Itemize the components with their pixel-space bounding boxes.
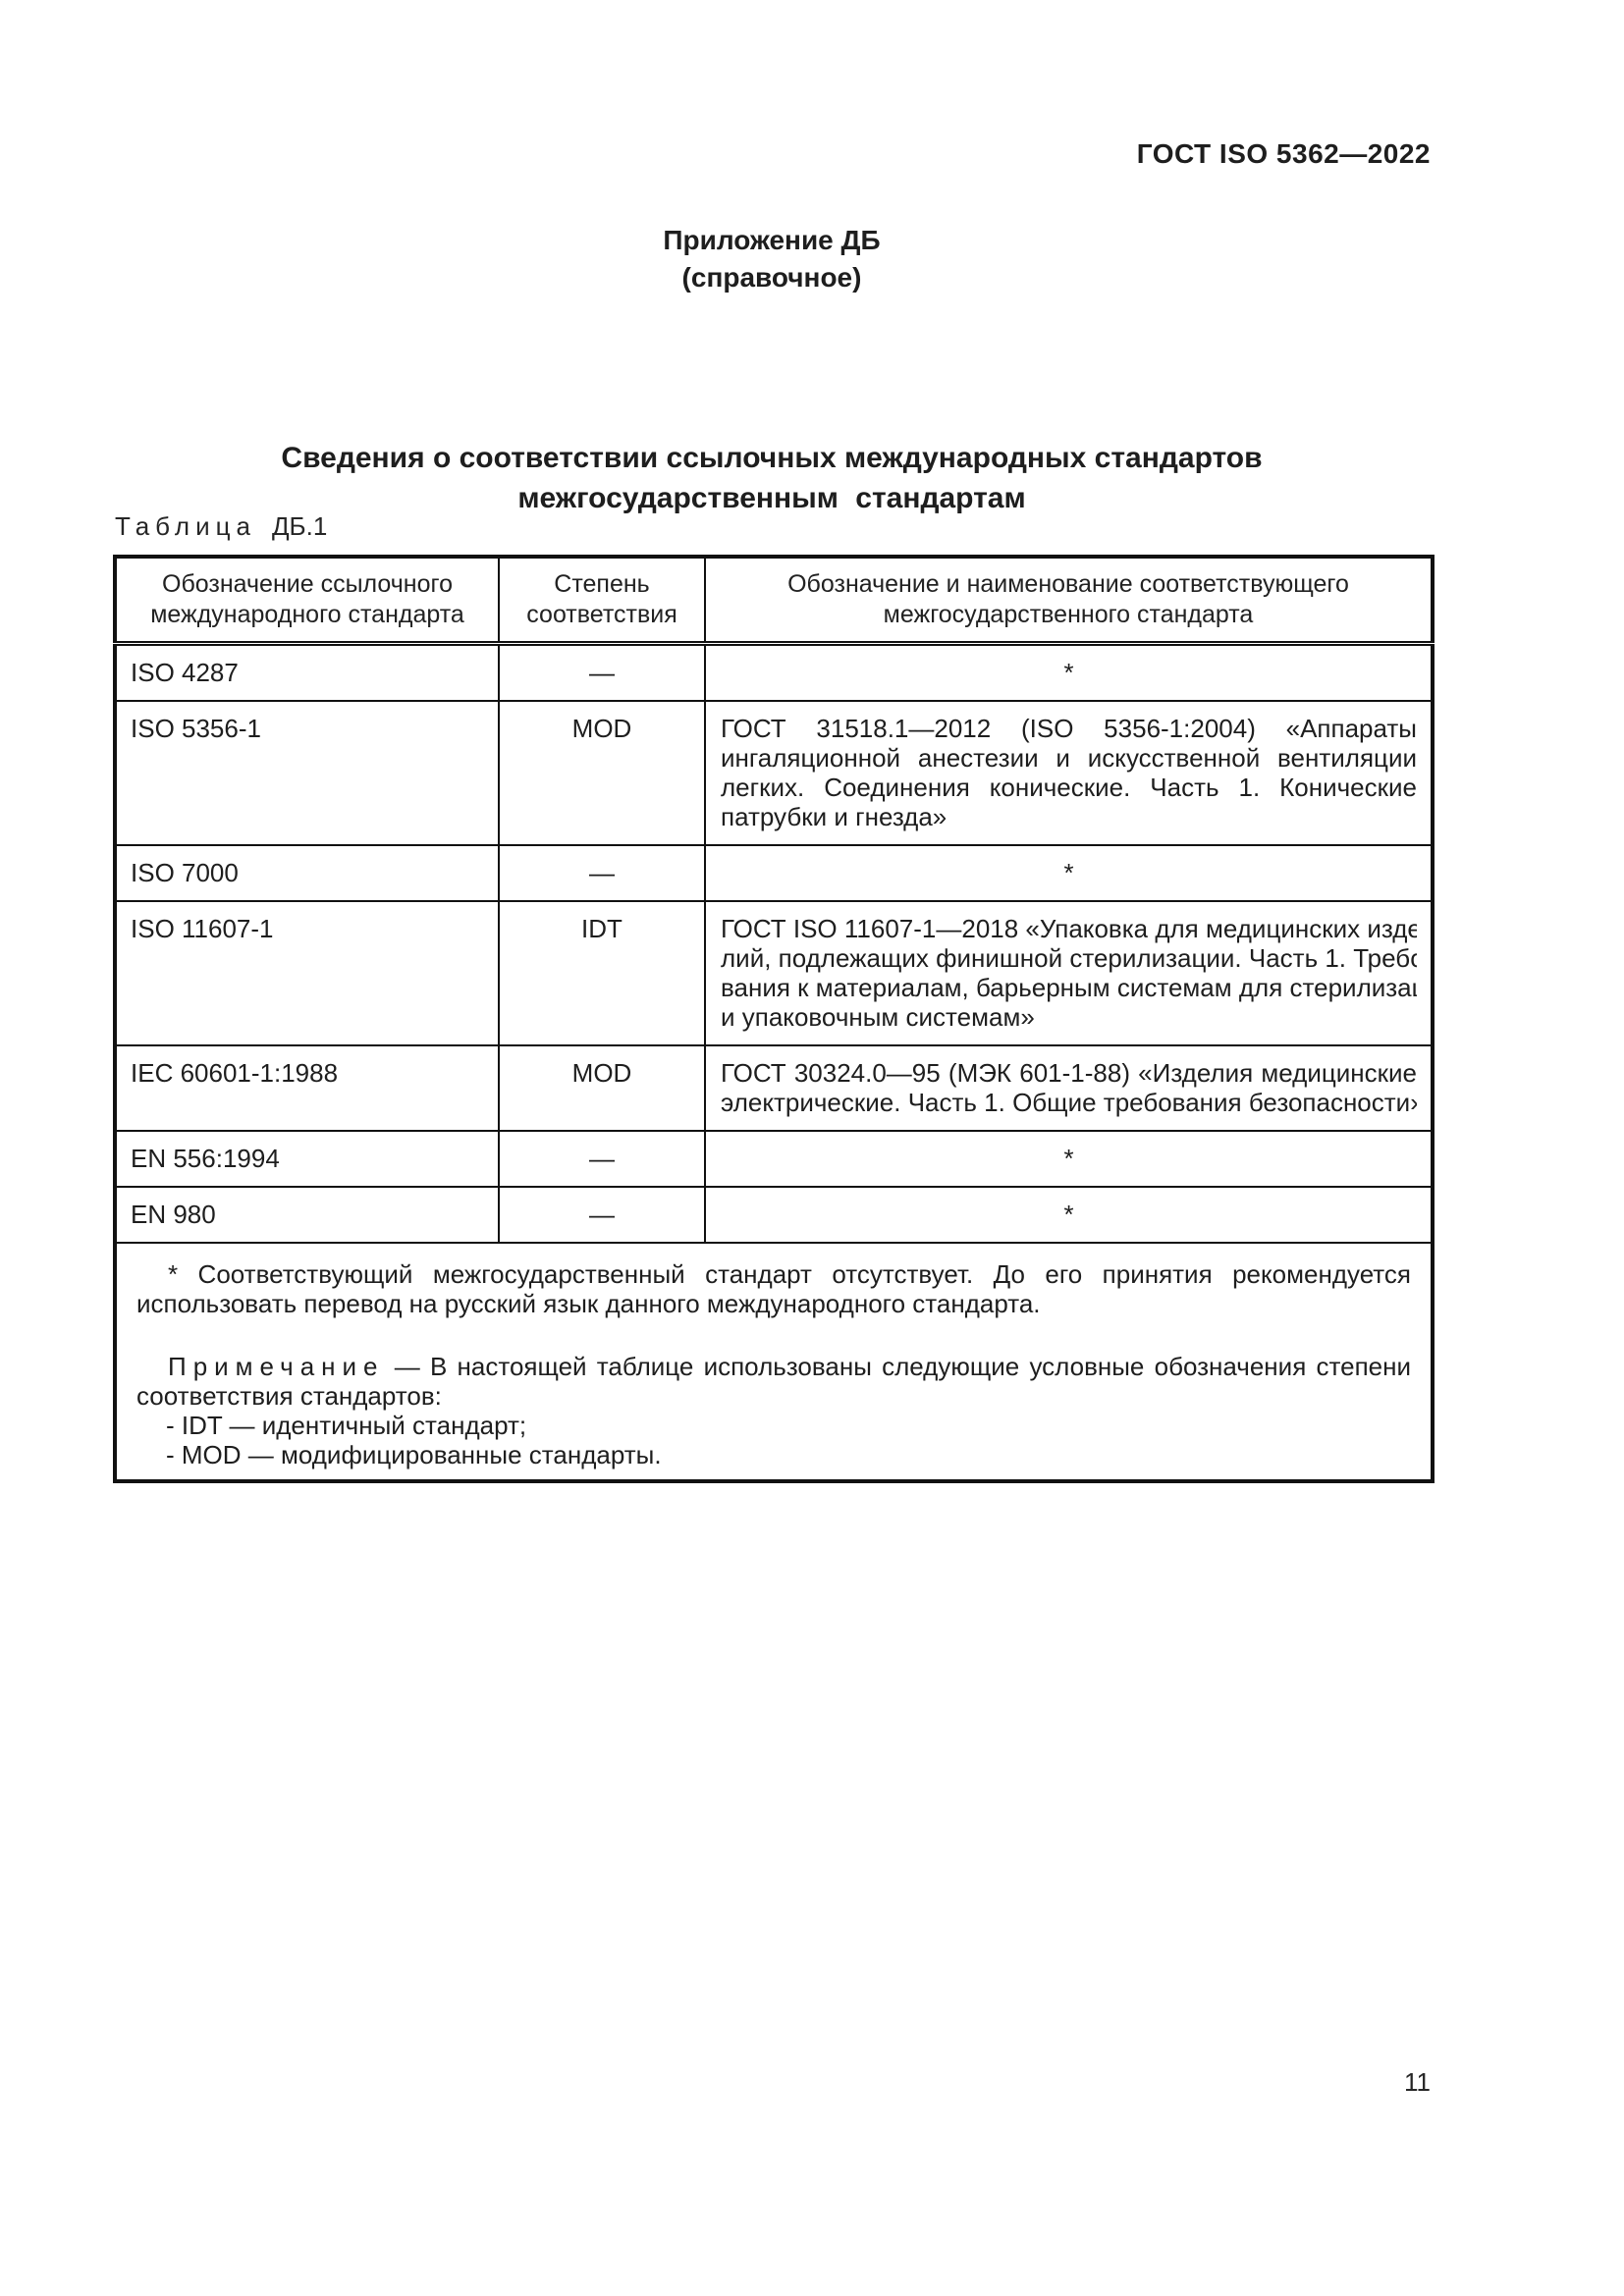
column-header-line: Обозначение и наименование соответствующ… xyxy=(714,569,1423,600)
page-number: 11 xyxy=(113,2067,1431,2098)
match-line: ГОСТ 30324.0—95 (МЭК 601-1-88) «Изделия … xyxy=(721,1058,1417,1088)
table-row: ISO 7000 — * xyxy=(115,845,1433,901)
match-cell: ГОСТ 31518.1—2012 (ISO 5356-1:2004) «Апп… xyxy=(705,701,1433,845)
match-line: лий, подлежащих финишной стерилизации. Ч… xyxy=(721,943,1417,973)
match-line: электрические. Часть 1. Общие требования… xyxy=(721,1088,1417,1117)
table-row: ISO 11607-1 IDT ГОСТ ISO 11607-1—2018 «У… xyxy=(115,901,1433,1045)
annex-label: Приложение ДБ xyxy=(113,222,1431,259)
degree-cell: — xyxy=(499,644,705,702)
note-text: — В настоящей таблице использованы следу… xyxy=(395,1352,1411,1381)
match-cell: * xyxy=(705,644,1433,702)
ref-standard-cell: ISO 5356-1 xyxy=(115,701,499,845)
table-caption-number: ДБ.1 xyxy=(272,511,327,541)
document-title: Сведения о соответствии ссылочных междун… xyxy=(113,438,1431,518)
match-cell: * xyxy=(705,845,1433,901)
annex-heading: Приложение ДБ (справочное) xyxy=(113,222,1431,296)
match-line: патрубки и гнезда» xyxy=(721,802,1417,831)
correspondence-table: Обозначение ссылочного международного ст… xyxy=(113,555,1435,1483)
ref-standard-cell: EN 980 xyxy=(115,1187,499,1243)
column-header-line: международного стандарта xyxy=(125,600,490,630)
table-row: EN 980 — * xyxy=(115,1187,1433,1243)
note-items: - IDT — идентичный стандарт; - MOD — мод… xyxy=(136,1411,1411,1469)
table-footnote-cell: * Соответствующий межгосударственный ста… xyxy=(115,1243,1433,1481)
column-header-line: Степень xyxy=(508,569,696,600)
match-line: и упаковочным системам» xyxy=(721,1002,1417,1032)
annex-kind: (справочное) xyxy=(113,259,1431,296)
degree-cell: MOD xyxy=(499,1045,705,1131)
table-row: ISO 4287 — * xyxy=(115,644,1433,702)
table-row: IEC 60601-1:1988 MOD ГОСТ 30324.0—95 (МЭ… xyxy=(115,1045,1433,1131)
table-row: EN 556:1994 — * xyxy=(115,1131,1433,1187)
note-item-idt: - IDT — идентичный стандарт; xyxy=(136,1411,1411,1440)
match-cell: * xyxy=(705,1187,1433,1243)
table-header-row: Обозначение ссылочного международного ст… xyxy=(115,557,1433,644)
column-header-interstate-standard: Обозначение и наименование соответствующ… xyxy=(705,557,1433,644)
degree-cell: IDT xyxy=(499,901,705,1045)
ref-standard-cell: EN 556:1994 xyxy=(115,1131,499,1187)
note-label: Примечание xyxy=(168,1352,385,1381)
note-block: Примечание — В настоящей таблице использ… xyxy=(136,1352,1411,1411)
column-header-line: межгосударственного стандарта xyxy=(714,600,1423,630)
star-note-line2: использовать перевод на русский язык дан… xyxy=(136,1289,1411,1318)
ref-standard-cell: ISO 11607-1 xyxy=(115,901,499,1045)
table-caption: ТаблицаДБ.1 xyxy=(115,511,327,542)
table-footnote-row: * Соответствующий межгосударственный ста… xyxy=(115,1243,1433,1481)
note-item-mod: - MOD — модифицированные стандарты. xyxy=(136,1440,1411,1469)
column-header-reference-standard: Обозначение ссылочного международного ст… xyxy=(115,557,499,644)
match-line: ингаляционной анестезии и искусственной … xyxy=(721,743,1417,773)
match-line: вания к материалам, барьерным системам д… xyxy=(721,973,1417,1002)
degree-cell: MOD xyxy=(499,701,705,845)
table-row: ISO 5356-1 MOD ГОСТ 31518.1—2012 (ISO 53… xyxy=(115,701,1433,845)
note-line2: соответствия стандартов: xyxy=(136,1381,1411,1411)
document-title-line1: Сведения о соответствии ссылочных междун… xyxy=(113,438,1431,478)
match-cell: ГОСТ ISO 11607-1—2018 «Упаковка для меди… xyxy=(705,901,1433,1045)
degree-cell: — xyxy=(499,1131,705,1187)
match-line: легких. Соединения конические. Часть 1. … xyxy=(721,773,1417,802)
column-header-degree: Степень соответствия xyxy=(499,557,705,644)
document-page: ГОСТ ISO 5362—2022 Приложение ДБ (справо… xyxy=(0,0,1624,2296)
match-cell: ГОСТ 30324.0—95 (МЭК 601-1-88) «Изделия … xyxy=(705,1045,1433,1131)
ref-standard-cell: ISO 7000 xyxy=(115,845,499,901)
table-caption-word: Таблица xyxy=(115,511,256,541)
column-header-line: соответствия xyxy=(508,600,696,630)
correspondence-table-wrapper: Обозначение ссылочного международного ст… xyxy=(113,555,1435,1483)
ref-standard-cell: IEC 60601-1:1988 xyxy=(115,1045,499,1131)
ref-standard-cell: ISO 4287 xyxy=(115,644,499,702)
match-cell: * xyxy=(705,1131,1433,1187)
match-line: ГОСТ 31518.1—2012 (ISO 5356-1:2004) «Апп… xyxy=(721,714,1417,743)
star-note-line1: * Соответствующий межгосударственный ста… xyxy=(136,1259,1411,1289)
degree-cell: — xyxy=(499,845,705,901)
note-line1: Примечание — В настоящей таблице использ… xyxy=(136,1352,1411,1381)
degree-cell: — xyxy=(499,1187,705,1243)
column-header-line: Обозначение ссылочного xyxy=(125,569,490,600)
match-line: ГОСТ ISO 11607-1—2018 «Упаковка для меди… xyxy=(721,914,1417,943)
running-header: ГОСТ ISO 5362—2022 xyxy=(113,138,1431,170)
